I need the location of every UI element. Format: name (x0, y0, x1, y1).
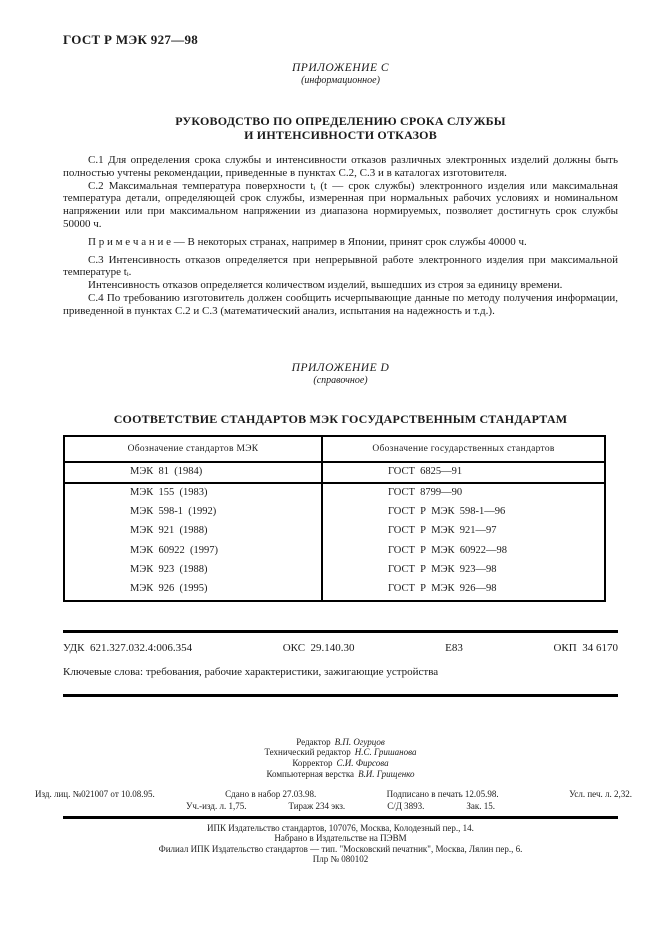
imprint-line-1: Изд. лиц. №021007 от 10.08.95. Сдано в н… (35, 789, 632, 799)
appendix-c-label: ПРИЛОЖЕНИЕ С (63, 62, 618, 74)
column-header-iec: Обозначение стандартов МЭК (64, 436, 322, 462)
cell-gost: ГОСТ Р МЭК 926—98 (322, 580, 605, 600)
print-branch: Филиал ИПК Издательство стандартов — тип… (63, 844, 618, 855)
paragraph-note: П р и м е ч а н и е — В некоторых страна… (63, 236, 618, 249)
typeset-note: Набрано в Издательстве на ПЭВМ (63, 833, 618, 844)
paragraph-c2: С.2 Максимальная температура поверхности… (63, 180, 618, 231)
document-code: ГОСТ Р МЭК 927—98 (63, 32, 618, 48)
editor-name: Н.С. Гришанова (355, 747, 417, 757)
publisher-address: ИПК Издательство стандартов, 107076, Мос… (63, 823, 618, 834)
cell-iec: МЭК 598-1 (1992) (64, 503, 322, 522)
cell-gost: ГОСТ 6825—91 (322, 462, 605, 483)
editor-role: Компьютерная верстка (266, 769, 354, 779)
cell-iec: МЭК 923 (1988) (64, 561, 322, 580)
editor-role: Редактор (296, 737, 330, 747)
oks-code: ОКС 29.140.30 (283, 642, 355, 654)
appendix-d-title: СООТВЕТСТВИЕ СТАНДАРТОВ МЭК ГОСУДАРСТВЕН… (63, 412, 618, 426)
cell-gost: ГОСТ Р МЭК 921—97 (322, 522, 605, 541)
keywords-line: Ключевые слова: требования, рабочие хара… (63, 666, 618, 678)
appendix-c-note: (информационное) (63, 75, 618, 86)
publisher-sheets: Уч.-изд. л. 1,75. (186, 801, 246, 811)
publisher-block: ИПК Издательство стандартов, 107076, Мос… (63, 823, 618, 865)
appendix-c-body: С.1 Для определения срока службы и интен… (63, 154, 618, 318)
document-page: ГОСТ Р МЭК 927—98 ПРИЛОЖЕНИЕ С (информац… (0, 0, 661, 936)
editor-name: С.И. Фирсова (337, 758, 389, 768)
printed-sheets: Усл. печ. л. 2,32. (569, 789, 632, 799)
print-date: Подписано в печать 12.05.98. (387, 789, 499, 799)
imprint-line-2: Уч.-изд. л. 1,75. Тираж 234 экз. С/Д 389… (63, 801, 618, 811)
table-row: МЭК 923 (1988) ГОСТ Р МЭК 923—98 (64, 561, 605, 580)
cell-gost: ГОСТ Р МЭК 598-1—96 (322, 503, 605, 522)
editor-line: КорректорС.И. Фирсова (63, 758, 618, 769)
column-header-gost: Обозначение государственных стандартов (322, 436, 605, 462)
cell-iec: МЭК 155 (1983) (64, 483, 322, 503)
table-header-row: Обозначение стандартов МЭК Обозначение г… (64, 436, 605, 462)
table-row: МЭК 81 (1984) ГОСТ 6825—91 (64, 462, 605, 483)
udk-code: УДК 621.327.032.4:006.354 (63, 642, 192, 654)
order-number: Зак. 15. (466, 801, 495, 811)
cell-gost: ГОСТ 8799—90 (322, 483, 605, 503)
appendix-c-title: РУКОВОДСТВО ПО ОПРЕДЕЛЕНИЮ СРОКА СЛУЖБЫ … (63, 114, 618, 142)
table-row: МЭК 921 (1988) ГОСТ Р МЭК 921—97 (64, 522, 605, 541)
editors-block: РедакторВ.П. Огурцов Технический редакто… (63, 737, 618, 780)
okp-code: ОКП 34 6170 (553, 642, 617, 654)
table-row: МЭК 155 (1983) ГОСТ 8799—90 (64, 483, 605, 503)
cell-iec: МЭК 921 (1988) (64, 522, 322, 541)
horizontal-rule-mid (63, 694, 618, 697)
appendix-d-label: ПРИЛОЖЕНИЕ D (63, 362, 618, 374)
classification-codes-line: УДК 621.327.032.4:006.354 ОКС 29.140.30 … (63, 642, 618, 654)
editor-name: В.П. Огурцов (335, 737, 385, 747)
editor-role: Технический редактор (265, 747, 351, 757)
paragraph-c3: С.3 Интенсивность отказов определяется п… (63, 254, 618, 280)
table-row: МЭК 598-1 (1992) ГОСТ Р МЭК 598-1—96 (64, 503, 605, 522)
table-row: МЭК 926 (1995) ГОСТ Р МЭК 926—98 (64, 580, 605, 600)
table-row: МЭК 60922 (1997) ГОСТ Р МЭК 60922—98 (64, 542, 605, 561)
cell-iec: МЭК 60922 (1997) (64, 542, 322, 561)
horizontal-rule-bottom (63, 816, 618, 819)
cell-gost: ГОСТ Р МЭК 60922—98 (322, 542, 605, 561)
license-info: Изд. лиц. №021007 от 10.08.95. (35, 789, 155, 799)
paragraph-c3-cont: Интенсивность отказов определяется колич… (63, 279, 618, 292)
e-code: Е83 (445, 642, 463, 654)
appendix-c-title-line2: И ИНТЕНСИВНОСТИ ОТКАЗОВ (63, 128, 618, 142)
appendix-d-note: (справочное) (63, 375, 618, 386)
editor-line: Технический редакторН.С. Гришанова (63, 747, 618, 758)
cell-gost: ГОСТ Р МЭК 923—98 (322, 561, 605, 580)
standards-correspondence-table: Обозначение стандартов МЭК Обозначение г… (63, 435, 606, 602)
cell-iec: МЭК 926 (1995) (64, 580, 322, 600)
paragraph-c4: С.4 По требованию изготовитель должен со… (63, 292, 618, 318)
appendix-c-title-line1: РУКОВОДСТВО ПО ОПРЕДЕЛЕНИЮ СРОКА СЛУЖБЫ (63, 114, 618, 128)
paragraph-c1: С.1 Для определения срока службы и интен… (63, 154, 618, 180)
typeset-date: Сдано в набор 27.03.98. (225, 789, 316, 799)
plr-number: Плр № 080102 (63, 854, 618, 865)
editor-name: В.И. Грищенко (358, 769, 414, 779)
sd-number: С/Д 3893. (387, 801, 424, 811)
horizontal-rule-top (63, 630, 618, 633)
print-run: Тираж 234 экз. (288, 801, 345, 811)
editor-line: Компьютерная версткаВ.И. Грищенко (63, 769, 618, 780)
editor-line: РедакторВ.П. Огурцов (63, 737, 618, 748)
editor-role: Корректор (292, 758, 332, 768)
cell-iec: МЭК 81 (1984) (64, 462, 322, 483)
